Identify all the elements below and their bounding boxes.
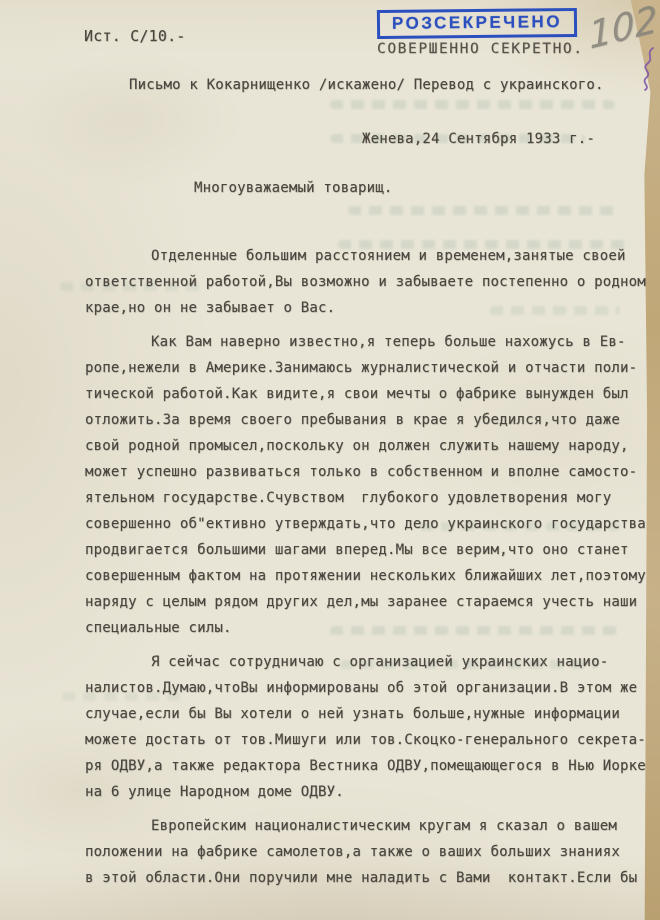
typed-line: в этой области.Они поручили мне наладить… <box>85 865 634 891</box>
bleedthrough-text <box>348 206 618 215</box>
typed-line: можете достать от тов.Мишуги или тов.Ско… <box>85 727 634 753</box>
source-reference: Ист. С/10.- <box>84 27 186 45</box>
typed-line: ропе,нежели в Америке.Занимаюсь журналис… <box>85 355 634 381</box>
typed-line: крае,но он не забывает о Вас. <box>85 295 634 321</box>
typed-line: совершенным фактом на протяжении несколь… <box>85 563 634 589</box>
typed-line: Европейским националистическим кругам я … <box>85 813 634 839</box>
typed-line: свой родной промысел,поскольку он должен… <box>85 433 634 459</box>
salutation: Многоуважаемый товарищ. <box>194 180 392 196</box>
document-title: Письмо к Кокарнищенко /искажено/ Перевод… <box>129 77 604 93</box>
declassified-stamp: РОЗСЕКРЕЧЕНО <box>377 8 577 39</box>
dateline: Женева,24 Сентября 1933 г.- <box>362 131 595 147</box>
declassified-stamp-text: РОЗСЕКРЕЧЕНО <box>392 12 562 33</box>
typed-line: положении на фабрике самолетов,а также о… <box>85 839 634 865</box>
ink-squiggle <box>637 46 659 92</box>
typed-line: налистов.Думаю,чтоВы информированы об эт… <box>85 675 634 701</box>
typed-line: совершенно об"ективно утверждать,что дел… <box>85 511 634 537</box>
typed-line: может успешно развиваться только в собст… <box>85 459 634 485</box>
typed-line: продвигается большими шагами вперед.Мы в… <box>85 537 634 563</box>
typed-line: ответственной работой,Вы возможно и забы… <box>85 269 634 295</box>
typed-line: специальные силы. <box>85 615 634 641</box>
typed-line: наряду с целым рядом других дел,мы заран… <box>85 589 634 615</box>
typed-line: случае,если бы Вы хотели о ней узнать бо… <box>85 701 634 727</box>
typed-line: Я сейчас сотрудничаю с организацией укра… <box>85 649 634 675</box>
document-page: Ист. С/10.- РОЗСЕКРЕЧЕНО СОВЕРШЕННО СЕКР… <box>0 0 660 920</box>
typed-line: на 6 улице Народном доме ОДВУ. <box>85 779 634 805</box>
typed-line: отложить.За время своего пребывания в кр… <box>85 407 634 433</box>
letter-body: Отделенные большим расстоянием и времене… <box>85 243 634 891</box>
typed-line: ря ОДВУ,а также редактора Вестника ОДВУ,… <box>85 753 634 779</box>
bleedthrough-text <box>330 100 615 109</box>
classification-label: СОВЕРШЕННО СЕКРЕТНО. <box>377 41 584 57</box>
typed-line: ятельном государстве.Счувством глубокого… <box>85 485 634 511</box>
typed-line: Как Вам наверно известно,я теперь больше… <box>85 329 634 355</box>
typed-line: Отделенные большим расстоянием и времене… <box>85 243 634 269</box>
typed-line: тической работой.Как видите,я свои мечты… <box>85 381 634 407</box>
